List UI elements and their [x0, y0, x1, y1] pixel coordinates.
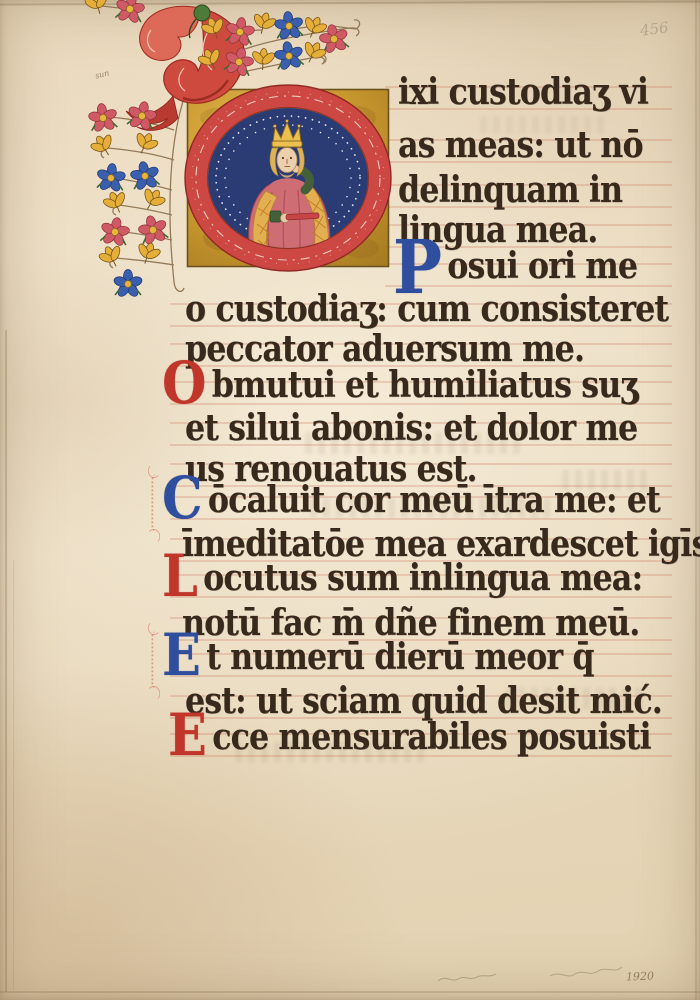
- hair: [270, 148, 304, 176]
- folio-number: 456: [639, 18, 670, 39]
- face: [277, 148, 297, 173]
- versal-initial-o: O: [162, 360, 206, 408]
- text-line: et silui abonis: et dolor me: [185, 406, 637, 450]
- manuscript-leaf: sun 456 ixi custodiaʒ vi as meas: ut nō …: [0, 0, 700, 1000]
- leaf-edge-left: [5, 330, 7, 992]
- line-text: ocutus sum inlingua mea:: [203, 556, 642, 600]
- historiated-initial-d: [186, 88, 390, 268]
- blue-field: [208, 108, 368, 248]
- line-text: delinquam in: [398, 168, 622, 212]
- king-david-figure: [249, 120, 330, 260]
- line-text: et silui abonis: et dolor me: [185, 406, 637, 450]
- line-text: ixi custodiaʒ vi: [398, 70, 648, 114]
- margin-mark: sun: [94, 68, 110, 80]
- line-text: bmutui et humiliatus suʒ: [212, 363, 638, 407]
- versal-initial-l: L: [162, 553, 198, 601]
- text-line: Posui ori me: [393, 244, 637, 302]
- crown: [273, 122, 301, 142]
- beard: [279, 171, 295, 178]
- versal-initial-c: C: [162, 475, 203, 523]
- line-text: t numerū dierū meor q̄: [206, 635, 593, 679]
- versal-initial-e: E: [162, 632, 201, 680]
- green-cuff: [270, 211, 281, 222]
- acanthus-leaf: [126, 5, 244, 130]
- red-scroll: [286, 213, 319, 220]
- text-line: Cōcaluit cor meū ītra me: et: [162, 478, 660, 526]
- leaf-edge-right: [695, 0, 697, 1000]
- line-text: ōcaluit cor meū ītra me: et: [208, 478, 660, 522]
- text-line: as meas: ut nō: [398, 123, 643, 167]
- inscription-year: 1920: [626, 970, 654, 984]
- gold-mantle-right: [304, 188, 328, 250]
- text-line: ixi custodiaʒ vi: [398, 70, 648, 114]
- floral-border: [50, 0, 370, 300]
- line-text: osui ori me: [447, 244, 637, 288]
- line-text: as meas: ut nō: [398, 123, 643, 167]
- text-line: Ecce mensurabiles posuisti: [168, 715, 651, 763]
- green-sleeve: [300, 170, 310, 190]
- green-bud: [194, 5, 210, 21]
- text-line: delinquam in: [398, 168, 622, 212]
- leaf-edge-bottom: [0, 991, 700, 993]
- pen-filigree: [151, 474, 162, 532]
- text-line: Locutus sum inlingua mea:: [162, 556, 642, 604]
- versal-initial-e2: E: [168, 712, 207, 760]
- vine-stems: [100, 6, 359, 291]
- versal-initial-p: P: [393, 240, 442, 298]
- pen-filigree: [151, 631, 162, 689]
- white-filigree: [196, 96, 380, 260]
- line-text: cce mensurabiles posuisti: [212, 715, 651, 759]
- dot-ring-inner: [225, 125, 351, 231]
- leaf-edge-left-inner: [13, 560, 14, 990]
- gold-ground: [188, 90, 389, 267]
- leaf-edge-top: [0, 0, 700, 5]
- gold-mantle-left: [253, 191, 277, 256]
- dot-ring-outer: [216, 116, 360, 240]
- text-line: Obmutui et humiliatus suʒ: [162, 363, 637, 411]
- initial-letterform: [196, 96, 380, 260]
- text-line: Et numerū dierū meor q̄: [162, 635, 594, 683]
